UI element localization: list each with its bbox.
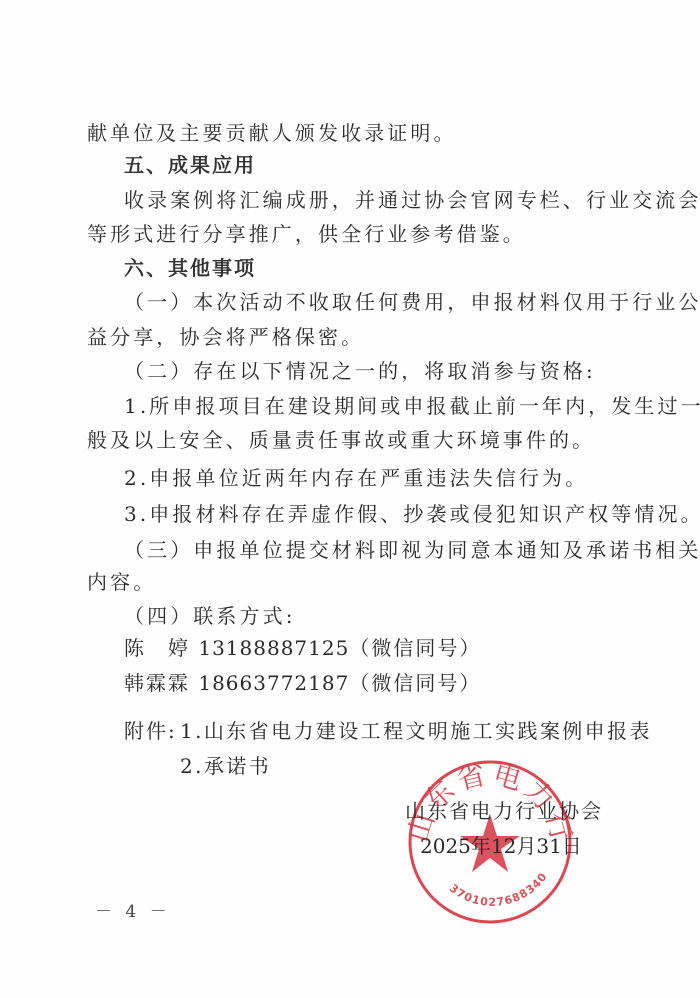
paragraph-line: 1.所申报项目在建设期间或申报截止前一年内，发生过一 — [124, 394, 700, 418]
contact-name: 陈 婷 — [124, 636, 190, 660]
attachment-item: 1.山东省电力建设工程文明施工实践案例申报表 — [180, 719, 652, 743]
contact-row: 韩霖霖 18663772187（微信同号） — [124, 671, 481, 695]
paragraph-line: 益分享，协会将严格保密。 — [87, 325, 364, 349]
section-heading-6: 六、其他事项 — [124, 256, 256, 280]
paragraph-line: 收录案例将汇编成册，并通过协会官网专栏、行业交流会 — [124, 188, 700, 212]
contact-name: 韩霖霖 — [124, 671, 190, 695]
contact-phone: 18663772187 — [198, 671, 349, 695]
svg-text:3701027688340: 3701027688340 — [447, 870, 550, 909]
section-heading-5: 五、成果应用 — [124, 153, 256, 177]
contact-phone: 13188887125 — [198, 636, 349, 660]
paragraph-line: 献单位及主要贡献人颁发收录证明。 — [87, 121, 457, 145]
paragraph-line: （二）存在以下情况之一的，将取消参与资格: — [124, 359, 596, 383]
contact-note: （微信同号） — [349, 636, 481, 660]
paragraph-line: 2.申报单位近两年内存在严重违法失信行为。 — [124, 466, 588, 490]
signature-organization: 山东省电力行业协会 — [405, 799, 603, 823]
paragraph-line: 等形式进行分享推广，供全行业参考借鉴。 — [87, 222, 526, 246]
contact-heading: （四）联系方式: — [124, 604, 296, 628]
paragraph-line: 内容。 — [87, 570, 156, 594]
attachment-item: 2.承诺书 — [180, 754, 271, 778]
page-number: － 4 － — [95, 897, 171, 922]
contact-note: （微信同号） — [349, 671, 481, 695]
paragraph-line: （一）本次活动不收取任何费用，申报材料仅用于行业公 — [124, 290, 700, 314]
attachments-label: 附件: — [124, 719, 177, 743]
paragraph-line: 般及以上安全、质量责任事故或重大环境事件的。 — [87, 428, 595, 452]
paragraph-line: 3.申报材料存在弄虚作假、抄袭或侵犯知识产权等情况。 — [124, 502, 700, 526]
signature-date: 2025年12月31日 — [420, 834, 582, 858]
paragraph-line: （三）申报单位提交材料即视为同意本通知及承诺书相关 — [124, 538, 700, 562]
contact-row: 陈 婷 13188887125（微信同号） — [124, 636, 481, 660]
